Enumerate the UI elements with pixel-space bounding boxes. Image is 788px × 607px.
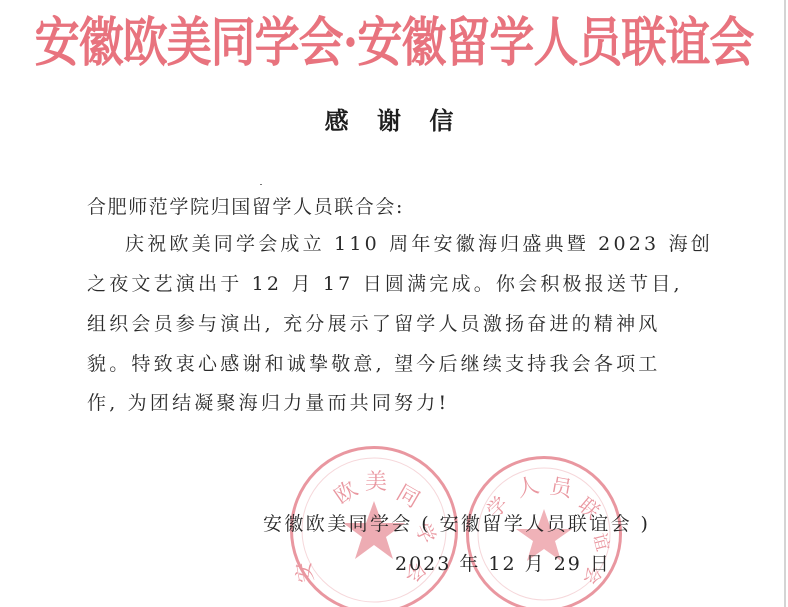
letter-page: 安徽欧美同学会·安徽留学人员联谊会 感 谢 信 合肥师范学院归国留学人员联合会:…: [0, 0, 788, 607]
page-edge-line: [784, 0, 786, 607]
salutation: 合肥师范学院归国留学人员联合会:: [87, 193, 404, 221]
svg-text:安: 安: [293, 560, 318, 584]
document-title: 感 谢 信: [0, 103, 788, 139]
svg-text:员: 员: [548, 474, 576, 503]
svg-text:同: 同: [392, 481, 424, 514]
svg-text:人: 人: [514, 473, 542, 503]
svg-text:美: 美: [365, 470, 387, 495]
body-line-3: 组织会员参与演出, 充分展示了留学人员激扬奋进的精神风: [87, 310, 660, 338]
signature-date: 2023 年 12 月 29 日: [395, 550, 611, 578]
letterhead-title: 安徽欧美同学会·安徽留学人员联谊会: [0, 10, 788, 76]
body-line-1: 庆祝欧美同学会成立 110 周年安徽海归盛典暨 2023 海创: [125, 230, 713, 258]
body-line-5: 作, 为团结凝聚海归力量而共同努力!: [87, 389, 449, 417]
body-line-2: 之夜文艺演出于 12 月 17 日圆满完成。你会积极报送节目,: [87, 270, 683, 298]
signature-organization: 安徽欧美同学会 ( 安徽留学人员联谊会 ): [263, 510, 650, 538]
body-line-4: 貌。特致衷心感谢和诚挚敬意, 望今后继续支持我会各项工: [87, 350, 660, 378]
svg-text:欧: 欧: [330, 477, 362, 510]
scan-speck: [260, 184, 262, 185]
